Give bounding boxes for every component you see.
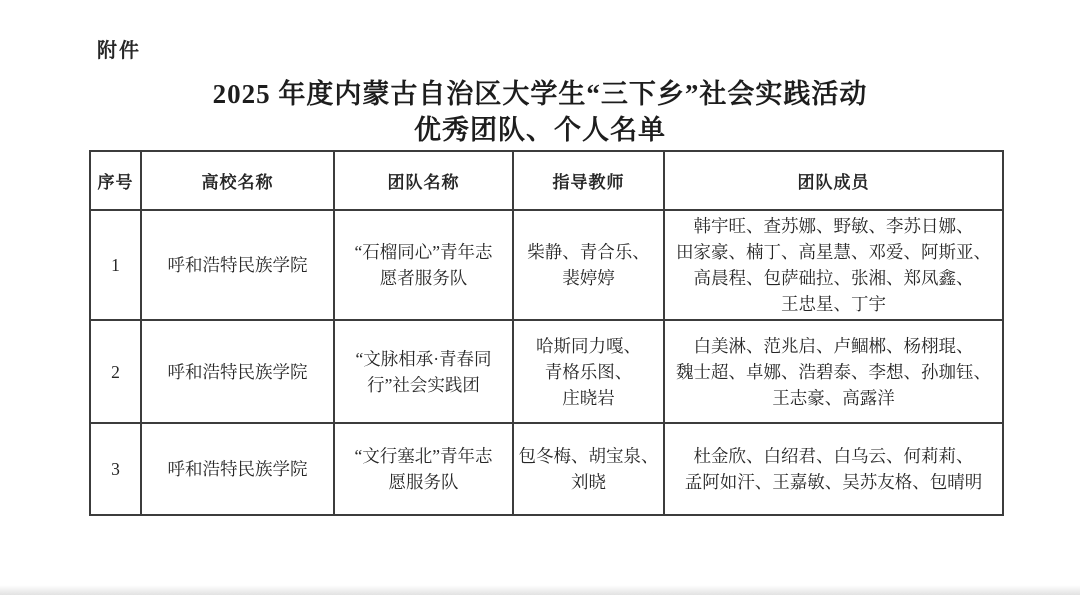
page-edge-shadow bbox=[0, 585, 1080, 595]
document-title-line-2: 优秀团队、个人名单 bbox=[0, 112, 1080, 148]
document-title: 2025 年度内蒙古自治区大学生“三下乡”社会实践活动 优秀团队、个人名单 bbox=[0, 76, 1080, 148]
cell-team: “石榴同心”青年志 愿者服务队 bbox=[334, 210, 513, 320]
awards-table: 序号 高校名称 团队名称 指导教师 团队成员 1 呼和浩特民族学院 “石榴同心”… bbox=[89, 150, 1004, 516]
cell-university: 呼和浩特民族学院 bbox=[141, 320, 334, 423]
table-row: 2 呼和浩特民族学院 “文脉相承·青春同 行”社会实践团 哈斯同力嘎、 青格乐图… bbox=[90, 320, 1003, 423]
column-header-members: 团队成员 bbox=[664, 151, 1003, 210]
cell-advisors: 包冬梅、胡宝泉、 刘晓 bbox=[513, 423, 664, 515]
column-header-team: 团队名称 bbox=[334, 151, 513, 210]
column-header-advisors: 指导教师 bbox=[513, 151, 664, 210]
column-header-university: 高校名称 bbox=[141, 151, 334, 210]
cell-university: 呼和浩特民族学院 bbox=[141, 210, 334, 320]
cell-team: “文行塞北”青年志 愿服务队 bbox=[334, 423, 513, 515]
column-header-serial: 序号 bbox=[90, 151, 141, 210]
cell-members: 白美淋、范兆启、卢鲴郴、杨栩琨、 魏士超、卓娜、浩碧泰、李想、孙珈钰、 王志豪、… bbox=[664, 320, 1003, 423]
document-page: 附件 2025 年度内蒙古自治区大学生“三下乡”社会实践活动 优秀团队、个人名单… bbox=[0, 0, 1080, 595]
cell-serial: 1 bbox=[90, 210, 141, 320]
table-header-row: 序号 高校名称 团队名称 指导教师 团队成员 bbox=[90, 151, 1003, 210]
cell-advisors: 哈斯同力嘎、 青格乐图、 庄晓岩 bbox=[513, 320, 664, 423]
document-title-line-1: 2025 年度内蒙古自治区大学生“三下乡”社会实践活动 bbox=[0, 76, 1080, 112]
cell-advisors: 柴静、青合乐、 裴婷婷 bbox=[513, 210, 664, 320]
cell-university: 呼和浩特民族学院 bbox=[141, 423, 334, 515]
table-row: 1 呼和浩特民族学院 “石榴同心”青年志 愿者服务队 柴静、青合乐、 裴婷婷 韩… bbox=[90, 210, 1003, 320]
table-row: 3 呼和浩特民族学院 “文行塞北”青年志 愿服务队 包冬梅、胡宝泉、 刘晓 杜金… bbox=[90, 423, 1003, 515]
cell-members: 杜金欣、白绍君、白乌云、何莉莉、 孟阿如汗、王嘉敏、吴苏友格、包晴明 bbox=[664, 423, 1003, 515]
cell-serial: 2 bbox=[90, 320, 141, 423]
cell-serial: 3 bbox=[90, 423, 141, 515]
cell-team: “文脉相承·青春同 行”社会实践团 bbox=[334, 320, 513, 423]
cell-members: 韩宇旺、查苏娜、野敏、李苏日娜、 田家豪、楠丁、高星慧、邓爱、阿斯亚、 高晨程、… bbox=[664, 210, 1003, 320]
attachment-label: 附件 bbox=[97, 34, 141, 63]
